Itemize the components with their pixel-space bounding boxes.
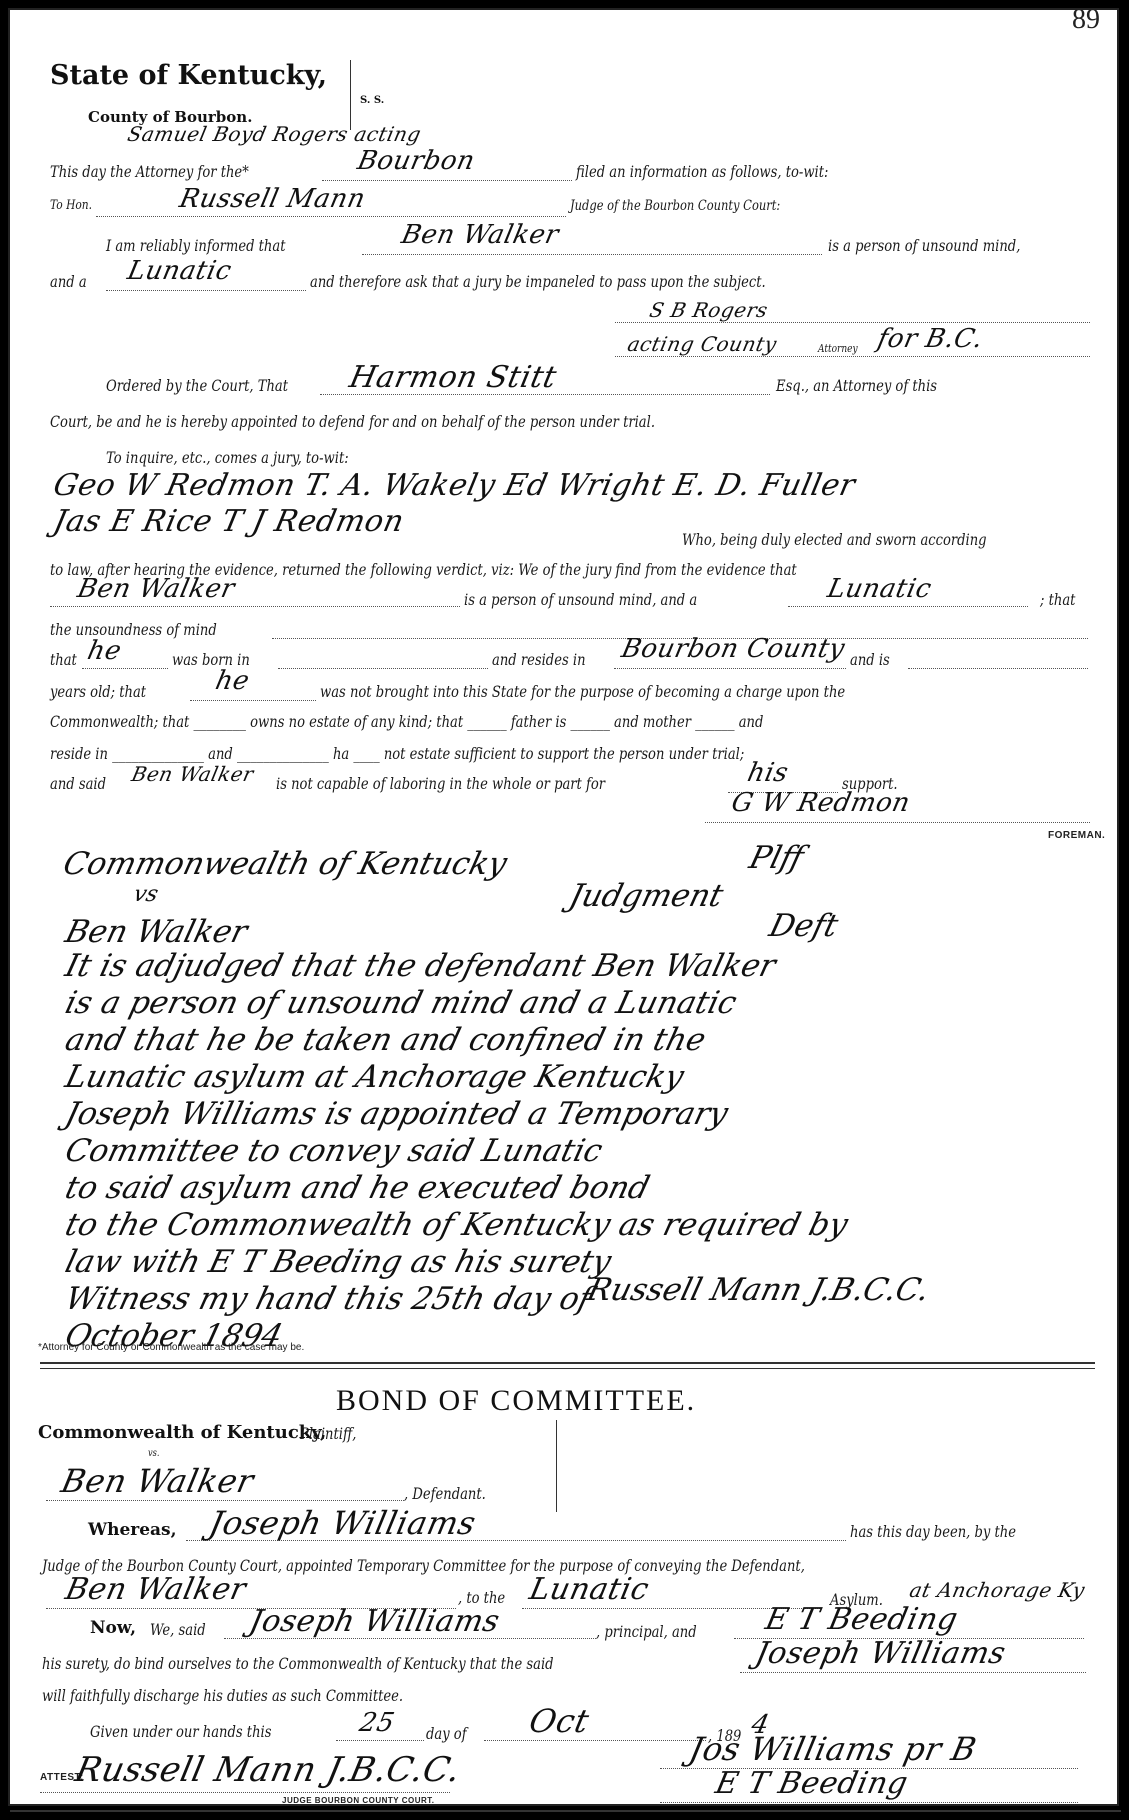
verdict-line6-a: years old; that xyxy=(50,682,146,701)
inserted-attorney-name: Samuel Boyd Rogers acting xyxy=(125,122,423,146)
verdict-line6-he: he xyxy=(213,666,253,696)
verdict-lunatic-field-line xyxy=(788,606,1028,607)
bond-duties-line: will faithfully discharge his duties as … xyxy=(42,1686,403,1705)
judgment-caption-plaintiff: Commonwealth of Kentucky xyxy=(59,846,510,883)
verdict-line5-d: and is xyxy=(850,650,890,669)
judgment-type: Judgment xyxy=(565,878,726,915)
bond-plaintiff: Commonwealth of Kentucky, xyxy=(38,1422,326,1443)
attorney-title-suffix: for B.C. xyxy=(875,324,986,354)
order-suffix: Esq., an Attorney of this xyxy=(776,376,937,395)
bond-asylum-value: Lunatic xyxy=(526,1572,652,1607)
header-brace xyxy=(350,60,351,130)
judge-name-value: Russell Mann xyxy=(177,184,368,214)
attorney-title-prefix: acting County xyxy=(625,332,779,356)
judgment-body-line: Joseph Williams is appointed a Temporary xyxy=(61,1096,851,1133)
bond-given-day-of: day of xyxy=(426,1724,467,1743)
verdict-name-value: Ben Walker xyxy=(75,574,238,604)
and-a-field-line xyxy=(106,290,306,291)
judgment-body-line: and that he be taken and confined in the xyxy=(61,1022,851,1059)
bond-whereas-label: Whereas, xyxy=(88,1520,177,1540)
bond-plaintiff-label: Plaintiff, xyxy=(300,1424,356,1443)
ss-mark: S. S. xyxy=(360,95,384,106)
order-line2: Court, be and he is hereby appointed to … xyxy=(50,412,655,431)
jurors-line1: Geo W Redmon T. A. Wakely Ed Wright E. D… xyxy=(50,468,858,503)
bond-signer2-line xyxy=(660,1802,1078,1803)
judgment-defendant: Ben Walker xyxy=(61,914,251,951)
foreman-signature-line xyxy=(705,822,1090,823)
attorney-signature: S B Rogers xyxy=(647,298,770,322)
verdict-line5-a: that xyxy=(50,650,77,669)
divider-rule-2 xyxy=(40,1368,1095,1369)
bond-asylum-location: at Anchorage Ky xyxy=(907,1578,1087,1602)
bond-whereas-suffix: has this day been, by the xyxy=(850,1522,1016,1541)
bond-principal-label: , principal, and xyxy=(596,1622,697,1641)
born-in-field-line xyxy=(278,668,488,669)
bond-attest-signature: Russell Mann J.B.C.C. xyxy=(72,1750,465,1790)
informed-prefix: I am reliably informed that xyxy=(106,236,285,255)
age-field-line xyxy=(908,668,1088,669)
attorney-label: Attorney xyxy=(818,342,858,355)
bond-signer1: Jos Williams pr B xyxy=(686,1730,980,1768)
bond-title: BOND OF COMMITTEE. xyxy=(336,1384,696,1418)
verdict-line4: the unsoundness of mind xyxy=(50,620,217,639)
bond-surety-line-text: his surety, do bind ourselves to the Com… xyxy=(42,1654,554,1673)
signature-line xyxy=(615,322,1090,323)
bond-caption-brace xyxy=(556,1420,557,1512)
judgment-deft-label: Deft xyxy=(765,908,841,945)
attorney-for-value: Bourbon xyxy=(355,146,478,176)
bond-given-month: Oct xyxy=(526,1702,593,1740)
verdict-line5-c: and resides in xyxy=(492,650,586,669)
and-a-suffix: and therefore ask that a jury be impanel… xyxy=(310,272,766,291)
informed-person-value: Ben Walker xyxy=(399,220,562,250)
to-hon-field-line xyxy=(96,216,566,217)
resides-in-field-line xyxy=(614,668,846,669)
foreman-signature: G W Redmon xyxy=(729,788,913,818)
bond-defendant-label: , Defendant. xyxy=(404,1484,486,1503)
resides-in-value: Bourbon County xyxy=(619,634,848,664)
order-attorney-value: Harmon Stitt xyxy=(346,360,560,395)
info-line1-prefix: This day the Attorney for the* xyxy=(50,162,249,181)
bond-now-text: We, said xyxy=(150,1620,206,1639)
bond-given-month-line xyxy=(484,1740,706,1741)
jurors-line2: Jas E Rice T J Redmon xyxy=(50,504,407,539)
order-prefix: Ordered by the Court, That xyxy=(106,376,288,395)
verdict-line7: Commonwealth; that ________ owns no esta… xyxy=(50,712,763,731)
state-heading: State of Kentucky, xyxy=(50,60,327,91)
bond-judge-label: JUDGE BOURBON COUNTY COURT. xyxy=(282,1796,434,1805)
bond-defendant2-value: Ben Walker xyxy=(62,1572,249,1607)
pronoun-field-line xyxy=(82,668,168,669)
bond-now-label: Now, xyxy=(90,1618,136,1638)
verdict-line8: reside in ______________ and ___________… xyxy=(50,744,744,763)
verdict-line9-a: and said xyxy=(50,774,106,793)
judgment-body-line: is a person of unsound mind and a Lunati… xyxy=(61,985,851,1022)
info-line1-suffix: filed an information as follows, to-wit: xyxy=(576,162,828,181)
judgment-body-line: Committee to convey said Lunatic xyxy=(61,1133,851,1170)
bond-signer2: E T Beeding xyxy=(712,1766,911,1801)
bond-said-value: Joseph Williams xyxy=(752,1636,1009,1671)
verdict-lunatic-value: Lunatic xyxy=(825,574,934,604)
verdict-line5-he: he xyxy=(85,636,125,666)
and-a-value: Lunatic xyxy=(125,256,234,286)
jury-intro: To inquire, etc., comes a jury, to-wit: xyxy=(106,448,349,467)
verdict-line9-name: Ben Walker xyxy=(129,762,256,786)
bond-said-line xyxy=(740,1672,1086,1673)
verdict-name-field-line xyxy=(50,606,460,607)
pronoun2-field-line xyxy=(190,700,316,701)
verdict-line3-end: ; that xyxy=(1040,590,1075,609)
bond-defendant-value: Ben Walker xyxy=(58,1462,257,1500)
attorney-for-field-line xyxy=(322,180,572,181)
verdict-line6-b: was not brought into this State for the … xyxy=(320,682,845,701)
informed-field-line xyxy=(362,254,822,255)
verdict-line9-his: his xyxy=(745,758,791,788)
page-number: 89 xyxy=(1072,4,1100,36)
bond-given-day-line xyxy=(336,1740,424,1741)
document-page: 89 State of Kentucky, S. S. County of Bo… xyxy=(8,8,1119,1806)
to-hon-suffix: Judge of the Bourbon County Court: xyxy=(570,198,780,214)
judgment-body-line: to the Commonwealth of Kentucky as requi… xyxy=(61,1207,851,1244)
attorney-title-line xyxy=(615,356,1090,357)
and-a-prefix: and a xyxy=(50,272,87,291)
bond-attest-line xyxy=(40,1792,450,1793)
footnote: *Attorney for County or Commonwealth as … xyxy=(38,1342,304,1353)
foreman-label: FOREMAN. xyxy=(1048,830,1105,841)
bond-vs: vs. xyxy=(148,1448,159,1459)
informed-suffix: is a person of unsound mind, xyxy=(828,236,1020,255)
divider-rule-1 xyxy=(40,1362,1095,1364)
verdict-line1: Who, being duly elected and sworn accord… xyxy=(682,530,987,549)
to-hon-label: To Hon. xyxy=(50,198,92,213)
judgment-pltf-label: Plff xyxy=(745,840,807,877)
bond-principal-value: Joseph Williams xyxy=(246,1604,503,1639)
judgment-judge-signature: Russell Mann J.B.C.C. xyxy=(583,1272,933,1309)
bond-surety-value: E T Beeding xyxy=(762,1602,961,1637)
verdict-line3-mid: is a person of unsound mind, and a xyxy=(464,590,697,609)
judgment-body-line: Lunatic asylum at Anchorage Kentucky xyxy=(61,1059,851,1096)
bond-given-prefix: Given under our hands this xyxy=(90,1722,271,1741)
bond-given-day: 25 xyxy=(357,1708,397,1738)
judgment-body-line: It is adjudged that the defendant Ben Wa… xyxy=(61,948,851,985)
judgment-body-line: to said asylum and he executed bond xyxy=(61,1170,851,1207)
verdict-line9-b: is not capable of laboring in the whole … xyxy=(276,774,605,793)
bond-whereas-value: Joseph Williams xyxy=(206,1504,479,1542)
bottom-rule xyxy=(10,1810,1121,1812)
bond-defendant-line xyxy=(46,1500,404,1501)
